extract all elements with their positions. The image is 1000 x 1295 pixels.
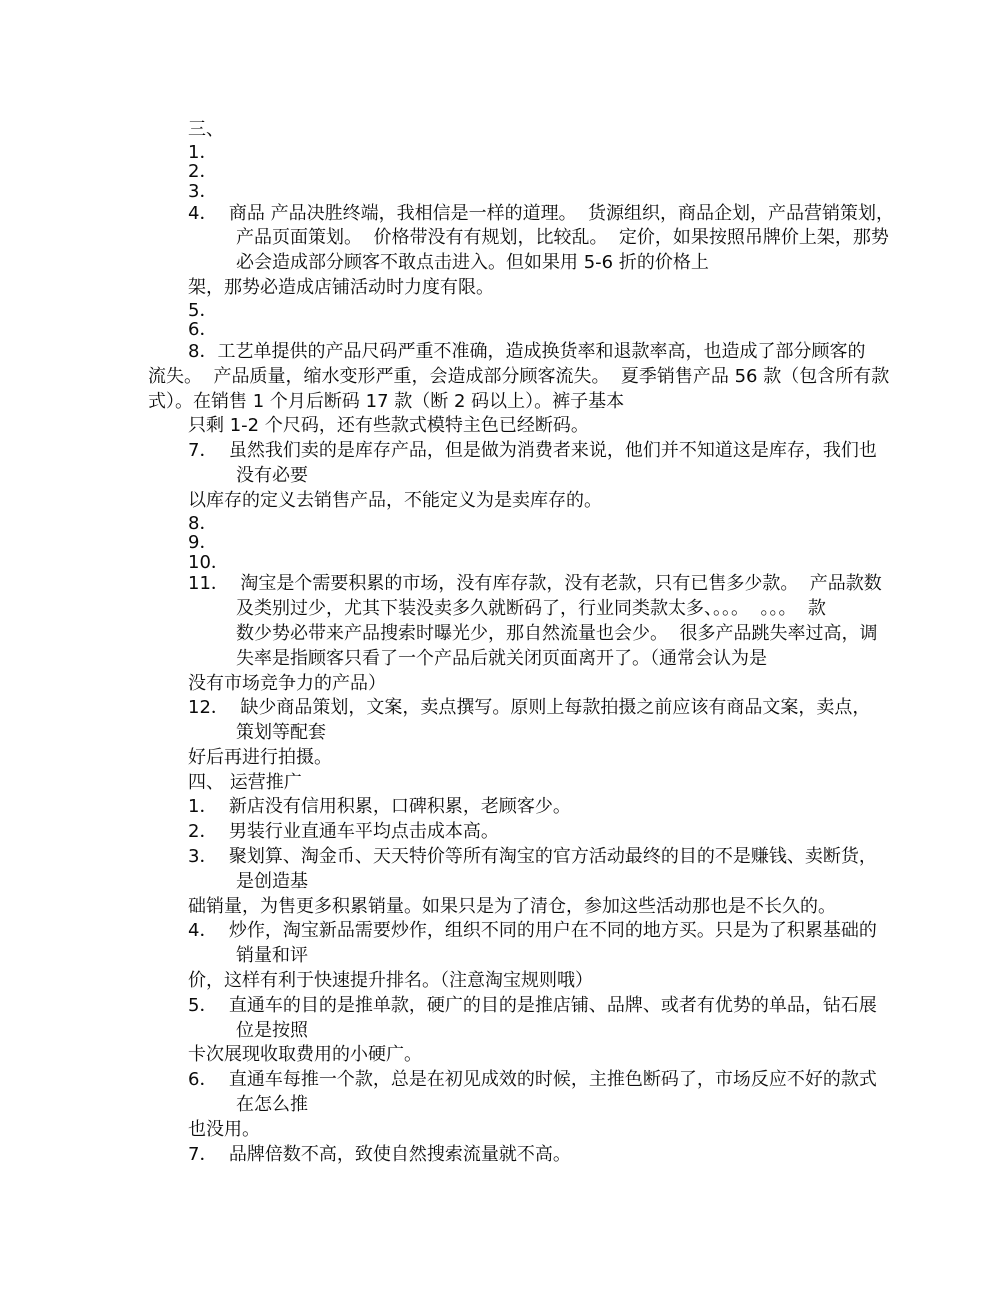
text-line: 5． [0, 301, 1000, 321]
text-line: 1． [0, 143, 1000, 163]
text-line: 3． [0, 182, 1000, 202]
text-line: 以库存的定义去销售产品，不能定义为是卖库存的。 [0, 489, 1000, 514]
text-line: 4． 炒作，淘宝新品需要炒作，组织不同的用户在不同的地方买。只是为了积累基础的 [0, 919, 1000, 944]
text-line: 三、 [0, 118, 1000, 143]
text-line: 3． 聚划算、淘金币、天天特价等所有淘宝的官方活动最终的目的不是赚钱、卖断货， [0, 845, 1000, 870]
text-line: 没有市场竞争力的产品） [0, 672, 1000, 697]
text-line: 4． 商品 产品决胜终端，我相信是一样的道理。 货源组织，商品企划，产品营销策划… [0, 202, 1000, 227]
text-line: 式）。在销售 1 个月后断码 17 款（断 2 码以上）。裤子基本 [0, 390, 1000, 415]
document-body: 三、1．2．3．4． 商品 产品决胜终端，我相信是一样的道理。 货源组织，商品企… [0, 118, 1000, 1167]
text-line: 销量和评 [0, 944, 1000, 969]
text-line: 8． [0, 514, 1000, 534]
text-line: 只剩 1-2 个尺码，还有些款式模特主色已经断码。 [0, 414, 1000, 439]
text-line: 四、 运营推广 [0, 771, 1000, 796]
text-line: 9． [0, 533, 1000, 553]
text-line: 6． 直通车每推一个款，总是在初见成效的时候，主推色断码了，市场反应不好的款式 [0, 1068, 1000, 1093]
text-line: 卡次展现收取费用的小硬广。 [0, 1043, 1000, 1068]
text-line: 没有必要 [0, 464, 1000, 489]
text-line: 是创造基 [0, 870, 1000, 895]
text-line: 2． [0, 162, 1000, 182]
text-line: 策划等配套 [0, 721, 1000, 746]
text-line: 及类别过少，尤其下装没卖多久就断码了，行业同类款太多、。。。 。。。 款 [0, 597, 1000, 622]
text-line: 流失。 产品质量，缩水变形严重，会造成部分顾客流失。 夏季销售产品 56 款（包… [0, 365, 1000, 390]
text-line: 7． 品牌倍数不高，致使自然搜索流量就不高。 [0, 1143, 1000, 1168]
text-line: 产品页面策划。 价格带没有有规划，比较乱。 定价，如果按照吊牌价上架，那势 [0, 226, 1000, 251]
text-line: 失率是指顾客只看了一个产品后就关闭页面离开了。（通常会认为是 [0, 647, 1000, 672]
text-line: 数少势必带来产品搜索时曝光少，那自然流量也会少。 很多产品跳失率过高，调 [0, 622, 1000, 647]
text-line: 价，这样有利于快速提升排名。（注意淘宝规则哦） [0, 969, 1000, 994]
document-page: 三、1．2．3．4． 商品 产品决胜终端，我相信是一样的道理。 货源组织，商品企… [0, 0, 1000, 1295]
text-line: 必会造成部分顾客不敢点击进入。但如果用 5-6 折的价格上 [0, 251, 1000, 276]
text-line: 在怎么推 [0, 1093, 1000, 1118]
text-line: 11． 淘宝是个需要积累的市场，没有库存款，没有老款，只有已售多少款。 产品款数 [0, 572, 1000, 597]
text-line: 10． [0, 553, 1000, 573]
text-line: 位是按照 [0, 1019, 1000, 1044]
text-line: 也没用。 [0, 1118, 1000, 1143]
text-line: 础销量，为售更多积累销量。如果只是为了清仓，参加这些活动那也是不长久的。 [0, 895, 1000, 920]
text-line: 1． 新店没有信用积累，口碑积累，老顾客少。 [0, 795, 1000, 820]
text-line: 5． 直通车的目的是推单款，硬广的目的是推店铺、品牌、或者有优势的单品，钻石展 [0, 994, 1000, 1019]
text-line: 好后再进行拍摄。 [0, 746, 1000, 771]
text-line: 6． [0, 320, 1000, 340]
text-line: 架，那势必造成店铺活动时力度有限。 [0, 276, 1000, 301]
text-line: 7． 虽然我们卖的是库存产品，但是做为消费者来说，他们并不知道这是库存，我们也 [0, 439, 1000, 464]
text-line: 8．工艺单提供的产品尺码严重不准确，造成换货率和退款率高，也造成了部分顾客的 [0, 340, 1000, 365]
text-line: 2． 男装行业直通车平均点击成本高。 [0, 820, 1000, 845]
text-line: 12． 缺少商品策划，文案，卖点撰写。原则上每款拍摄之前应该有商品文案，卖点， [0, 696, 1000, 721]
